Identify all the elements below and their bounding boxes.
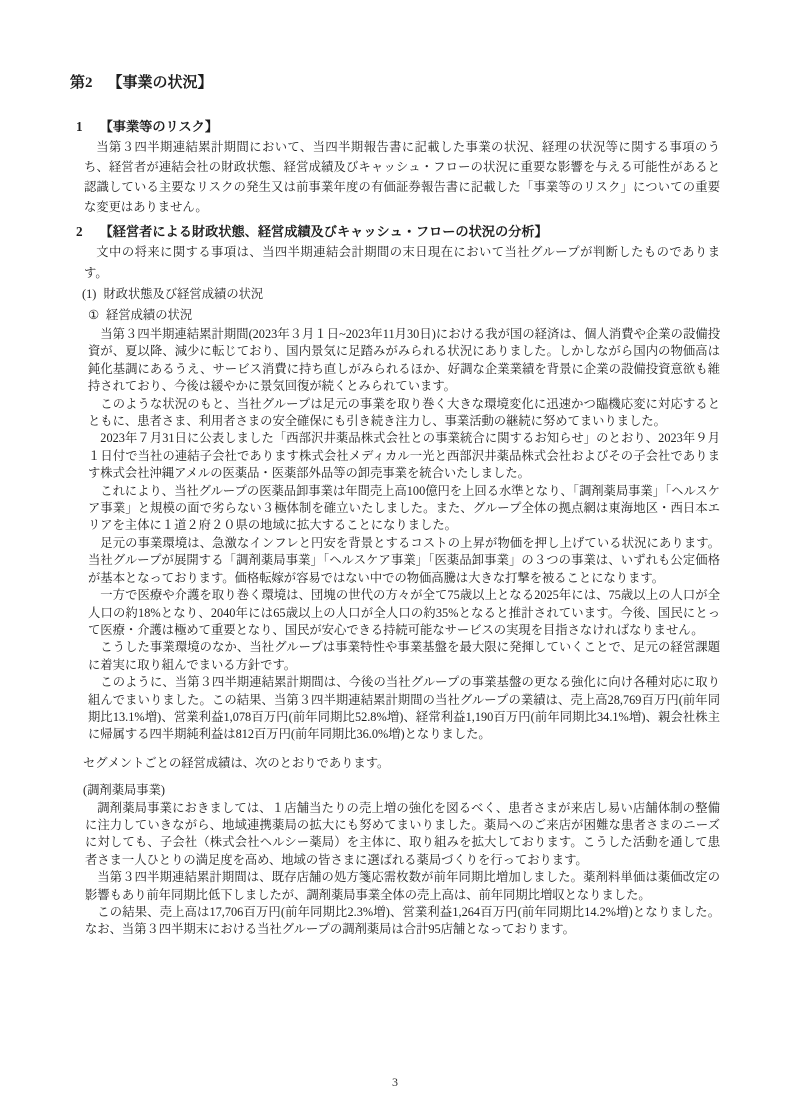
subsection-financial-state-heading: (1)財政状態及び経営成績の状況 <box>82 284 720 305</box>
chapter-number: 第2 <box>70 72 93 94</box>
section-analysis-heading: 2【経営者による財政状態、経営成績及びキャッシュ・フローの状況の分析】 <box>76 221 720 242</box>
subsubsection-label: 経営成績の状況 <box>106 308 192 322</box>
body-paragraph: 当第３四半期連結累計期間(2023年３月１日~2023年11月30日)における我… <box>88 326 720 396</box>
section-risk-number: 1 <box>76 116 83 137</box>
segment-paragraph: 調剤薬局事業におきましては、１店舗当たりの売上増の強化を図るべく、患者さまが来店… <box>85 800 720 870</box>
chapter-heading: 第2【事業の状況】 <box>70 72 720 94</box>
body-paragraph: こうした事業環境のなか、当社グループは事業特性や事業基盤を最大限に発揮していくこ… <box>88 639 720 674</box>
section-analysis-title: 【経営者による財政状態、経営成績及びキャッシュ・フローの状況の分析】 <box>100 224 548 239</box>
chapter-title: 【事業の状況】 <box>108 75 213 91</box>
segment-paragraph: 当第３四半期連結累計期間は、既存店舗の処方箋応需枚数が前年同期比増加しました。薬… <box>85 869 720 904</box>
section-risk-title: 【事業等のリスク】 <box>100 119 218 134</box>
segment-intro: セグメントごとの経営成績は、次のとおりであります。 <box>83 755 720 772</box>
body-paragraph: 足元の事業環境は、急激なインフレと円安を背景とするコストの上昇が物価を押し上げて… <box>88 535 720 587</box>
section-management-analysis: 2【経営者による財政状態、経営成績及びキャッシュ・フローの状況の分析】 文中の将… <box>70 221 720 939</box>
body-paragraph: 2023年７月31日に公表しました「西部沢井薬品株式会社との事業統合に関するお知… <box>88 430 720 482</box>
section-analysis-number: 2 <box>76 221 83 242</box>
body-paragraph: このような状況のもと、当社グループは足元の事業を取り巻く大きな環境変化に迅速かつ… <box>88 396 720 431</box>
body-paragraph: 一方で医療や介護を取り巻く環境は、団塊の世代の方々が全て75歳以上となる2025… <box>88 587 720 639</box>
risk-body: 当第３四半期連結累計期間において、当四半期報告書に記載した事業の状況、経理の状況… <box>84 137 720 217</box>
risk-paragraph: 当第３四半期連結累計期間において、当四半期報告書に記載した事業の状況、経理の状況… <box>84 137 720 217</box>
analysis-intro: 文中の将来に関する事項は、当四半期連結会計期間の末日現在において当社グループが判… <box>84 242 720 284</box>
subsection-label: 財政状態及び経営成績の状況 <box>103 287 263 301</box>
segment-paragraph: この結果、売上高は17,706百万円(前年同期比2.3%増)、営業利益1,264… <box>85 904 720 939</box>
segment-title: (調剤薬局事業) <box>83 782 720 799</box>
subsection-number: (1) <box>82 284 96 305</box>
subsubsection-operating-results-heading: ①経営成績の状況 <box>88 305 720 326</box>
body-paragraph: これにより、当社グループの医薬品卸事業は年間売上高100億円を上回る水準となり、… <box>88 483 720 535</box>
subsubsection-number: ① <box>88 305 99 326</box>
operating-results-body: 当第３四半期連結累計期間(2023年３月１日~2023年11月30日)における我… <box>88 326 720 744</box>
page-number: 3 <box>0 1075 790 1090</box>
section-business-risks: 1【事業等のリスク】 当第３四半期連結累計期間において、当四半期報告書に記載した… <box>70 116 720 217</box>
document-page: 第2【事業の状況】 1【事業等のリスク】 当第３四半期連結累計期間において、当四… <box>0 0 790 1118</box>
section-risk-heading: 1【事業等のリスク】 <box>76 116 720 137</box>
body-paragraph: このように、当第３四半期連結累計期間は、今後の当社グループの事業基盤の更なる強化… <box>88 674 720 744</box>
segment-pharmacy: (調剤薬局事業) 調剤薬局事業におきましては、１店舗当たりの売上増の強化を図るべ… <box>83 782 720 939</box>
